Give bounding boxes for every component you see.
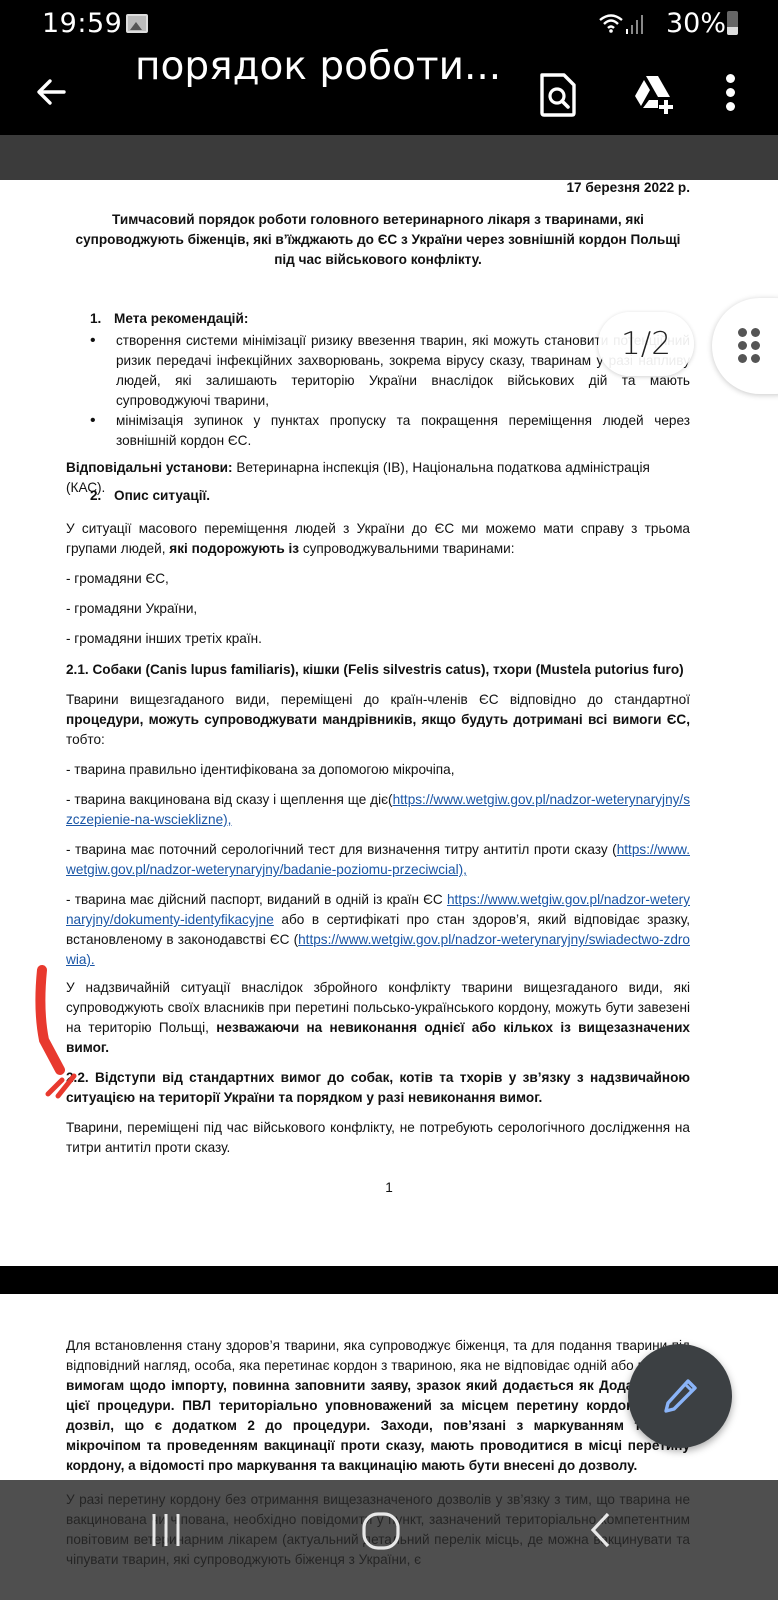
arrow-left-icon[interactable] — [30, 70, 74, 114]
gallery-icon — [126, 14, 148, 33]
drive-add-icon[interactable] — [632, 72, 676, 116]
back-chevron-icon[interactable] — [588, 1510, 612, 1550]
no-serology-paragraph: Тварини, переміщені під час військового … — [66, 1118, 690, 1158]
signal-icon — [626, 14, 644, 34]
document-date: 17 березня 2022 р. — [567, 180, 691, 195]
status-bar: 19:59 30% — [0, 0, 778, 50]
animals-paragraph: Тварини вищезгаданого види, переміщені д… — [66, 690, 690, 750]
list-item: - громадяни ЄС, — [66, 569, 690, 589]
pencil-icon — [660, 1376, 700, 1416]
permit-paragraph: Для встановлення стану здоров’я тварини,… — [66, 1336, 690, 1476]
recents-icon[interactable] — [148, 1510, 184, 1550]
document-heading: Тимчасовий порядок роботи головного вете… — [66, 210, 690, 270]
situation-paragraph: У ситуації масового переміщення людей з … — [66, 519, 690, 559]
drag-handle-icon — [738, 328, 758, 363]
home-icon[interactable] — [360, 1510, 402, 1552]
battery-icon — [727, 11, 738, 35]
list-item: - громадяни інших третіх країн. — [66, 629, 690, 649]
more-vert-icon[interactable] — [722, 74, 738, 114]
requirement-microchip: - тварина правильно ідентифікована за до… — [66, 760, 690, 780]
page-indicator: 1/2 — [598, 312, 694, 376]
requirement-passport: - тварина має дійсний паспорт, виданий в… — [66, 890, 690, 970]
edit-button[interactable] — [628, 1344, 732, 1448]
battery-percent: 30% — [666, 8, 726, 39]
section-2-1-heading: 2.1. Собаки (Canis lupus familiaris), кі… — [66, 660, 690, 680]
section-2-2-heading: 2.2. Відступи від стандартних вимог до с… — [66, 1068, 690, 1108]
list-item: мінімізація зупинок у пунктах пропуску т… — [86, 411, 690, 451]
navigation-bar — [0, 1480, 778, 1600]
section-1-heading: 1.Мета рекомендацій: — [90, 311, 248, 326]
requirement-vaccination: - тварина вакцинована від сказу і щеплен… — [66, 790, 690, 830]
emergency-paragraph: У надзвичайній ситуації внаслідок збройн… — [66, 978, 690, 1058]
page-number: 1 — [0, 1180, 778, 1195]
status-time: 19:59 — [42, 8, 122, 39]
section-2-heading: 2.Опис ситуації. — [90, 488, 210, 503]
wifi-icon — [598, 12, 624, 34]
page-separator — [0, 1266, 778, 1294]
document-title: порядок роботи... — [135, 44, 501, 89]
doc-search-icon[interactable] — [538, 72, 578, 118]
list-item: - громадяни України, — [66, 599, 690, 619]
requirement-serology: - тварина має поточний серологічний тест… — [66, 840, 690, 880]
viewer-background — [0, 135, 778, 180]
